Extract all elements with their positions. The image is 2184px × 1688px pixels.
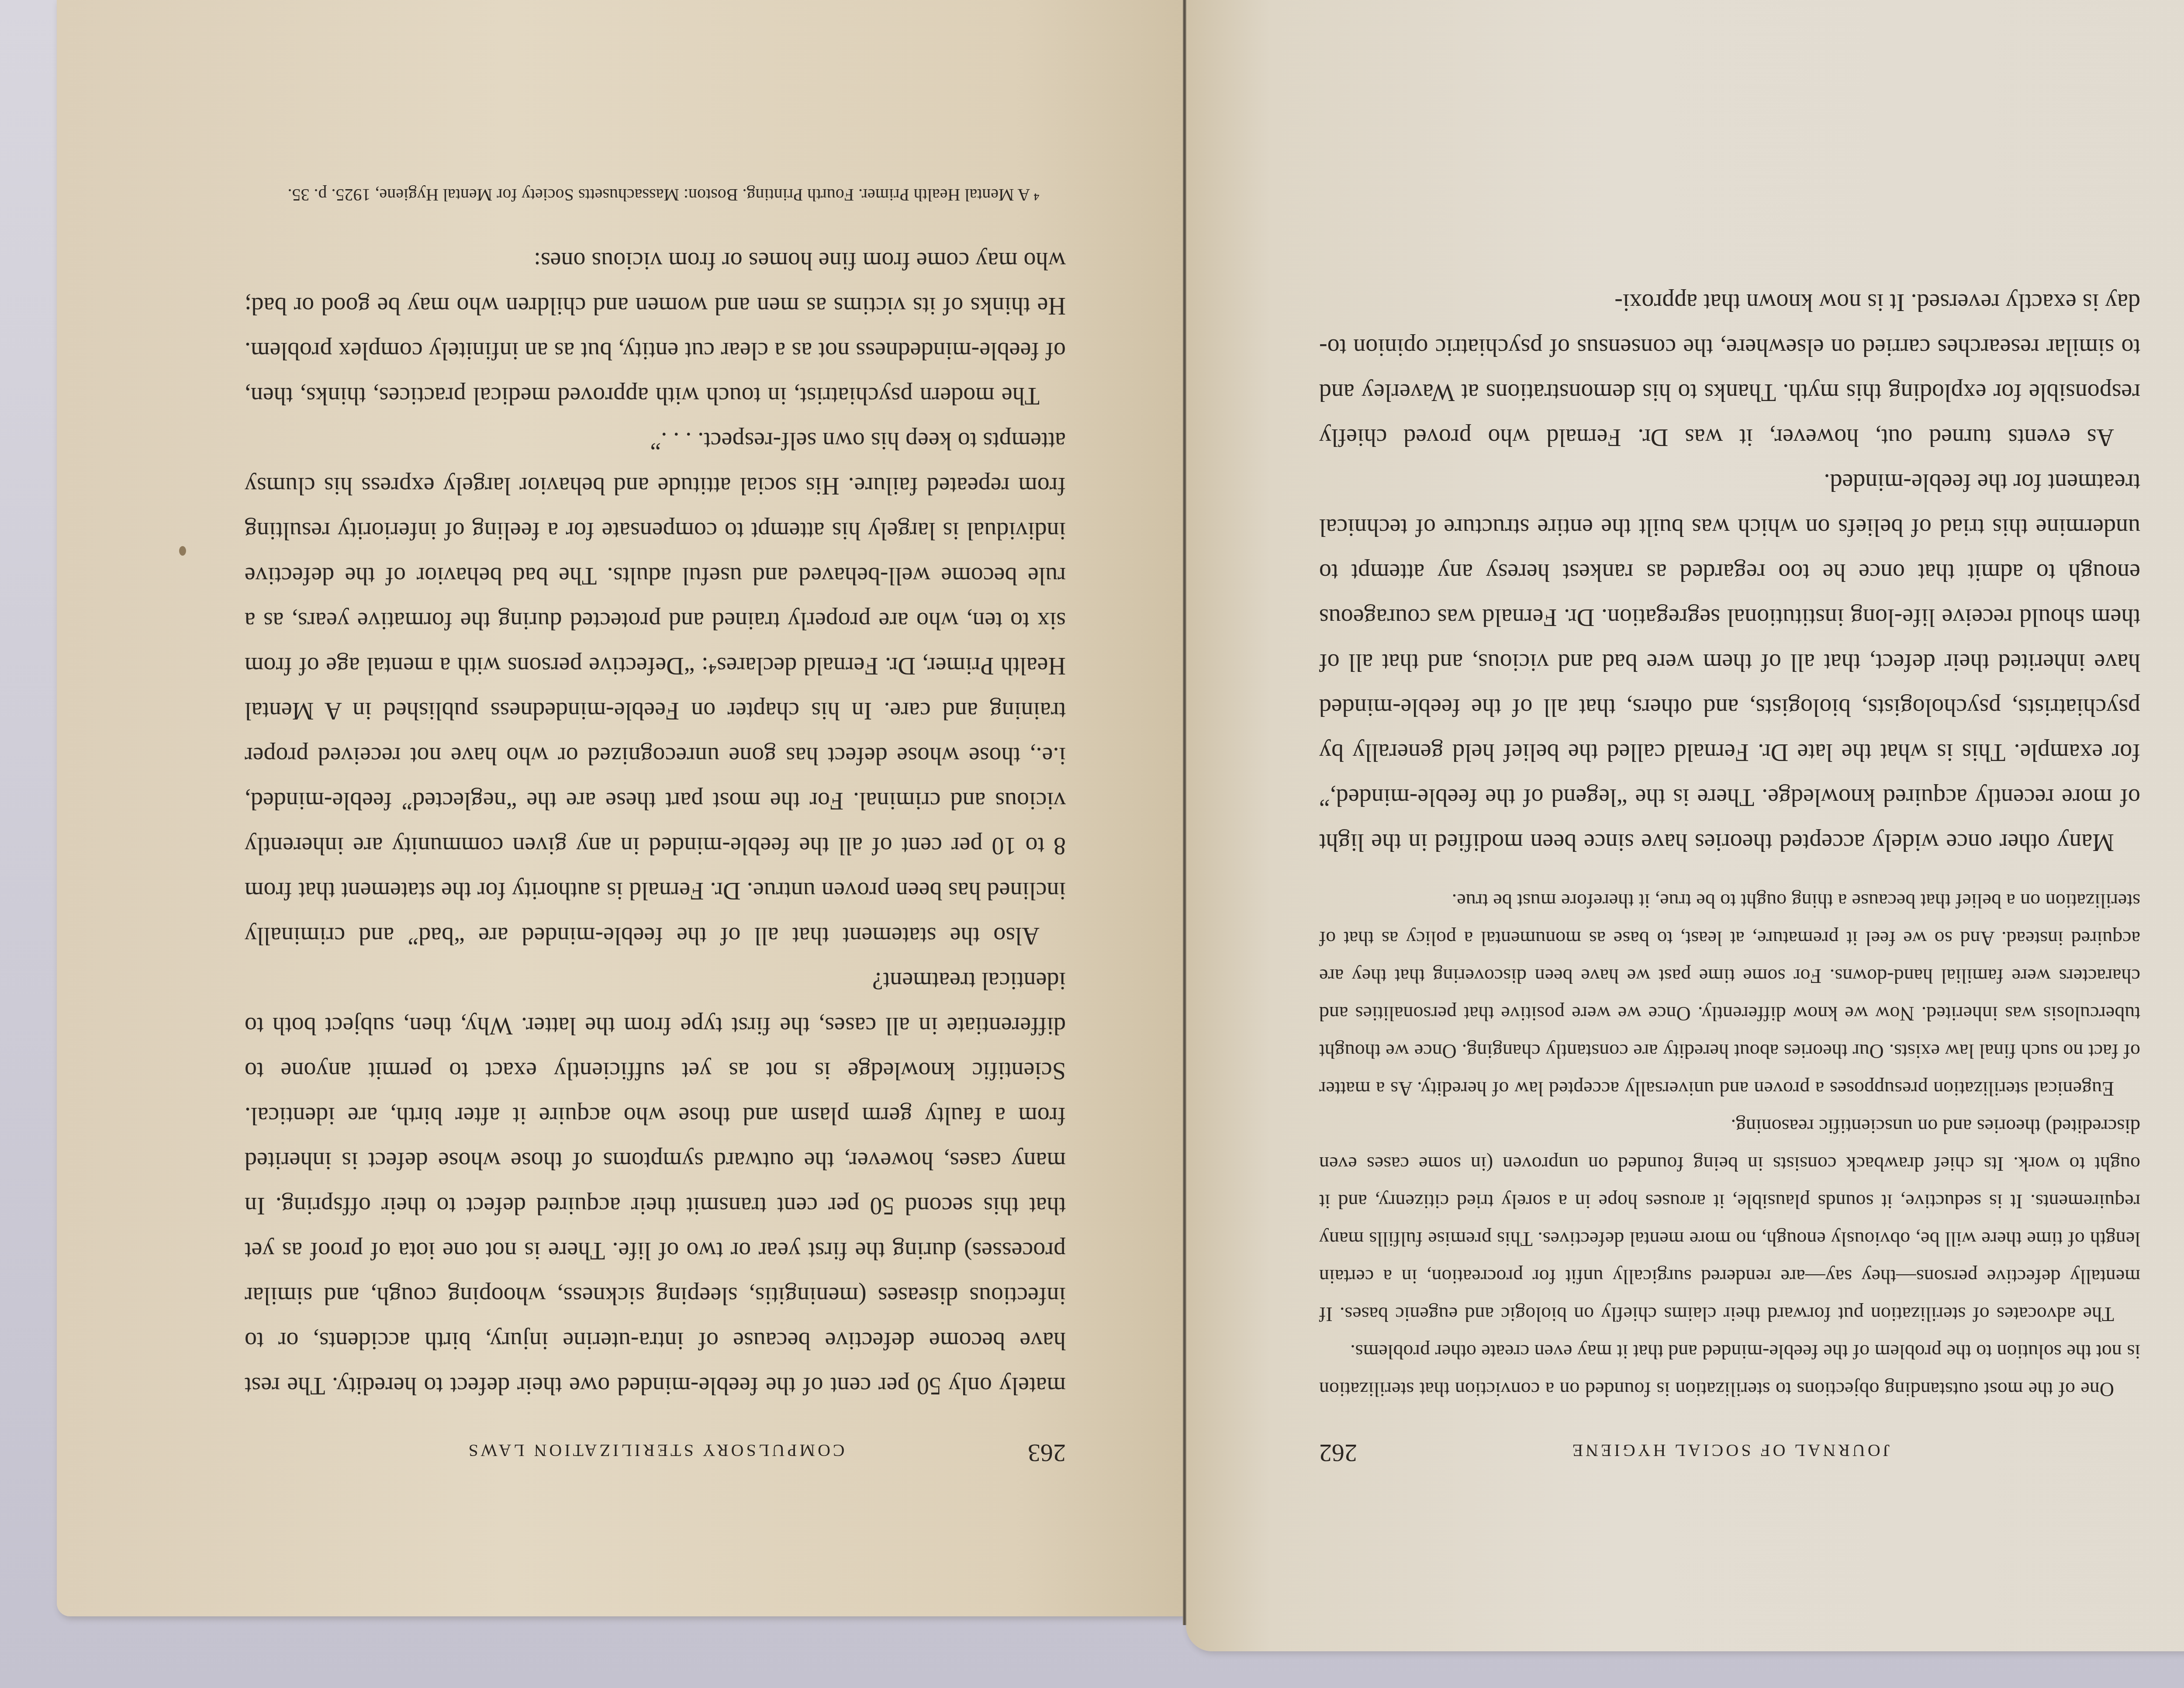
- paper-spot: [179, 546, 186, 556]
- running-head: 000 JOURNAL OF SOCIAL HYGIENE 262: [1319, 1439, 2140, 1468]
- running-head-title: JOURNAL OF SOCIAL HYGIENE: [1357, 1440, 2102, 1461]
- paragraph: As events turned out, however, it was Dr…: [1319, 280, 2140, 460]
- paragraph: The advocates of sterilization put forwa…: [1319, 1107, 2140, 1333]
- page-263: 263 COMPULSORY STERILIZATION LAWS 000 ma…: [245, 114, 1066, 1468]
- paragraph: Many other once widely accepted theories…: [1319, 460, 2140, 865]
- paragraph: Also the statement that all of the feebl…: [245, 418, 1066, 958]
- running-head: 263 COMPULSORY STERILIZATION LAWS 000: [245, 1439, 1066, 1468]
- page-number: 263: [1028, 1439, 1066, 1468]
- running-head-title: COMPULSORY STERILIZATION LAWS: [283, 1440, 1028, 1461]
- book-gutter: [1183, 0, 1186, 1625]
- footnote: ⁴ A Mental Health Primer. Fourth Printin…: [245, 178, 1066, 212]
- paragraph: Eugenical sterilization presupposes a pr…: [1319, 882, 2140, 1107]
- paragraph: One of the most outstanding objections t…: [1319, 1333, 2140, 1408]
- paragraph: The modern psychiatrist, in touch with a…: [245, 238, 1066, 418]
- page-number: 262: [1319, 1439, 1357, 1468]
- paragraph: mately only 50 per cent of the feeble-mi…: [245, 958, 1066, 1408]
- page-262: 000 JOURNAL OF SOCIAL HYGIENE 262 One of…: [1319, 114, 2140, 1468]
